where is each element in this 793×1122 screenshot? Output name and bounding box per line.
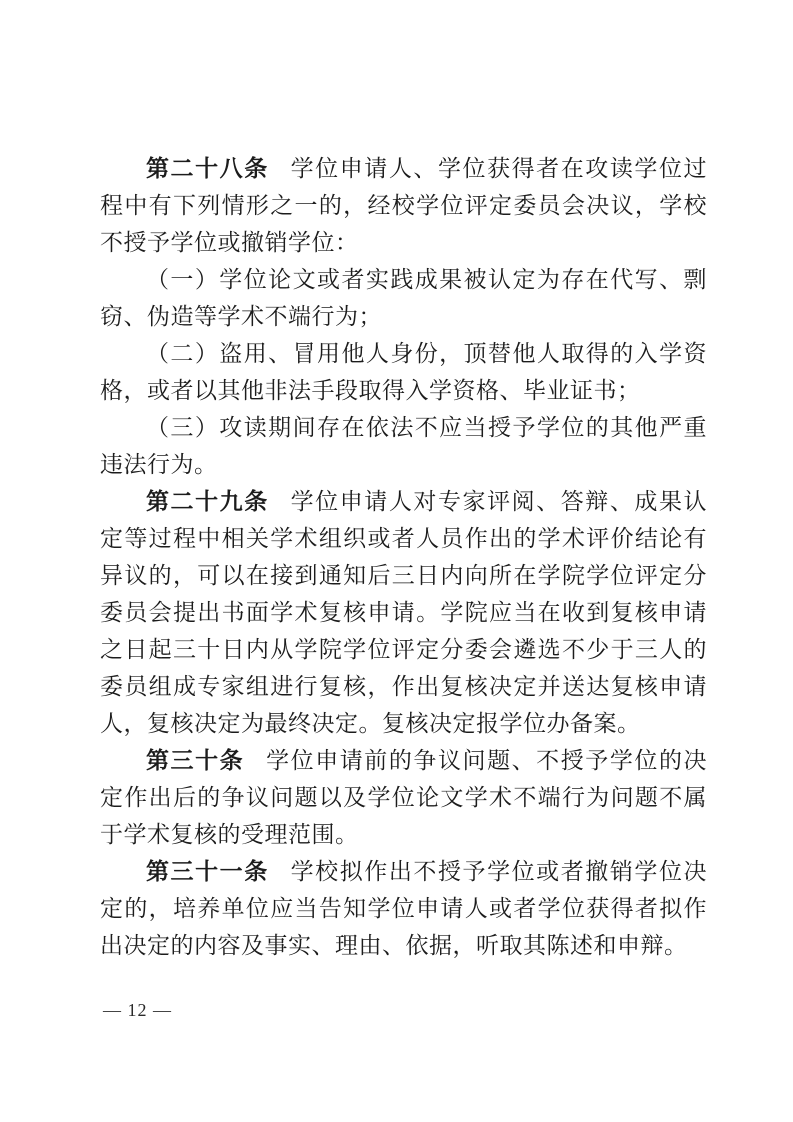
page-number: — 12 — [103, 1000, 172, 1021]
item-3-text: （三）攻读期间存在依法不应当授予学位的其他严重违法行为。 [100, 415, 707, 477]
item-2-text: （二）盗用、冒用他人身份，顶替他人取得的入学资格，或者以其他非法手段取得入学资格… [100, 341, 707, 403]
article-29-number: 第二十九条 [146, 489, 269, 514]
paragraph-item-1: （一）学位论文或者实践成果被认定为存在代写、剽窃、伪造等学术不端行为； [100, 261, 707, 335]
article-31-number: 第三十一条 [146, 859, 269, 884]
article-29-text: 学位申请人对专家评阅、答辩、成果认定等过程中相关学术组织或者人员作出的学术评价结… [100, 489, 707, 736]
paragraph-item-3: （三）攻读期间存在依法不应当授予学位的其他严重违法行为。 [100, 409, 707, 483]
article-30-number: 第三十条 [146, 748, 244, 773]
document-body: 第二十八条学位申请人、学位获得者在攻读学位过程中有下列情形之一的，经校学位评定委… [100, 150, 707, 964]
paragraph-article-30: 第三十条学位申请前的争议问题、不授予学位的决定作出后的争议问题以及学位论文学术不… [100, 742, 707, 853]
paragraph-article-29: 第二十九条学位申请人对专家评阅、答辩、成果认定等过程中相关学术组织或者人员作出的… [100, 483, 707, 742]
document-page: 第二十八条学位申请人、学位获得者在攻读学位过程中有下列情形之一的，经校学位评定委… [0, 0, 793, 1122]
item-1-text: （一）学位论文或者实践成果被认定为存在代写、剽窃、伪造等学术不端行为； [100, 267, 707, 329]
paragraph-article-28: 第二十八条学位申请人、学位获得者在攻读学位过程中有下列情形之一的，经校学位评定委… [100, 150, 707, 261]
paragraph-article-31: 第三十一条学校拟作出不授予学位或者撤销学位决定的，培养单位应当告知学位申请人或者… [100, 853, 707, 964]
paragraph-item-2: （二）盗用、冒用他人身份，顶替他人取得的入学资格，或者以其他非法手段取得入学资格… [100, 335, 707, 409]
article-28-number: 第二十八条 [146, 156, 269, 181]
